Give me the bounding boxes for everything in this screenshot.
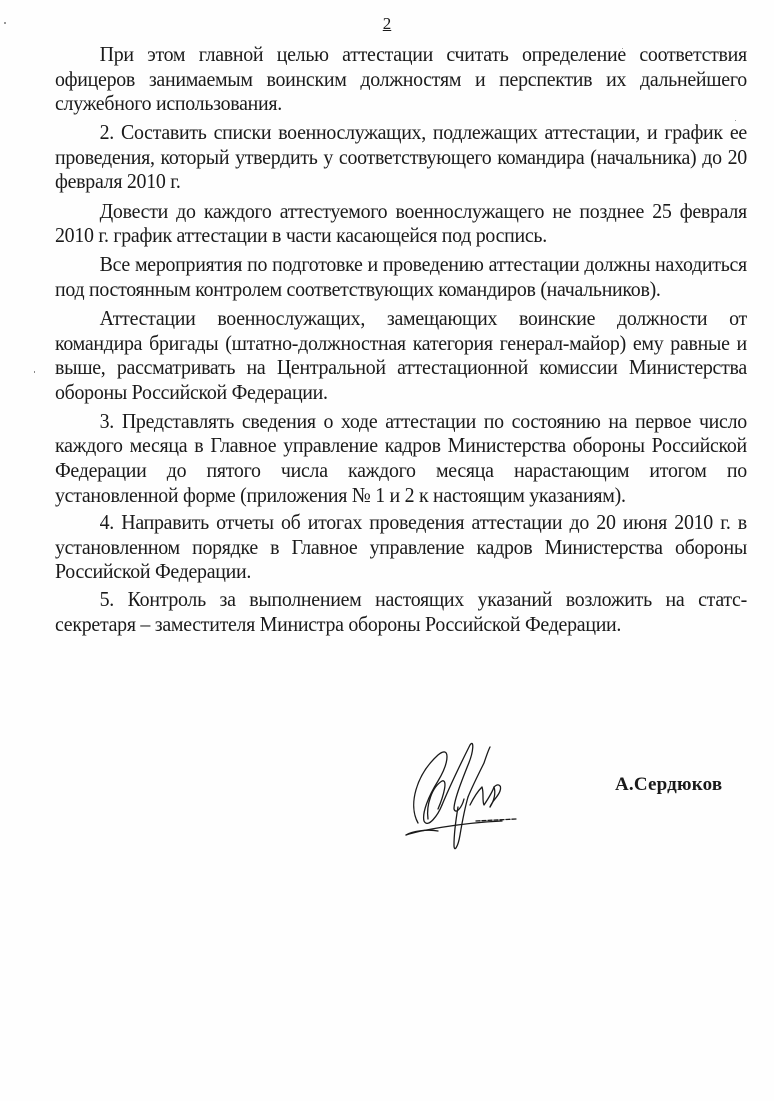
paragraph-notify-schedule: Довести до каждого аттестуемого военносл… <box>55 199 747 248</box>
paragraph-item-2: 2. Составить списки военнослужащих, подл… <box>55 120 747 194</box>
paragraph-item-5: 5. Контроль за выполнением настоящих ука… <box>55 587 747 636</box>
paragraph-purpose: При этом главной целью аттестации считат… <box>55 42 747 116</box>
scan-speck <box>34 371 35 373</box>
document-body: При этом главной целью аттестации считат… <box>55 42 747 639</box>
signature-icon <box>398 735 518 855</box>
paragraph-control: Все мероприятия по подготовке и проведен… <box>55 252 747 301</box>
paragraph-item-3: 3. Представлять сведения о ходе аттестац… <box>55 409 747 507</box>
paragraph-central-commission: Аттестации военнослужащих, замещающих во… <box>55 306 747 404</box>
scan-speck <box>432 317 434 319</box>
scan-speck <box>735 120 736 121</box>
scan-speck <box>4 22 6 24</box>
signer-name: А.Сердюков <box>615 774 722 796</box>
paragraph-item-4: 4. Направить отчеты об итогах проведения… <box>55 510 747 584</box>
document-page: 2 При этом главной целью аттестации счит… <box>0 0 774 1101</box>
scan-speck <box>622 48 623 49</box>
page-number: 2 <box>0 14 774 34</box>
